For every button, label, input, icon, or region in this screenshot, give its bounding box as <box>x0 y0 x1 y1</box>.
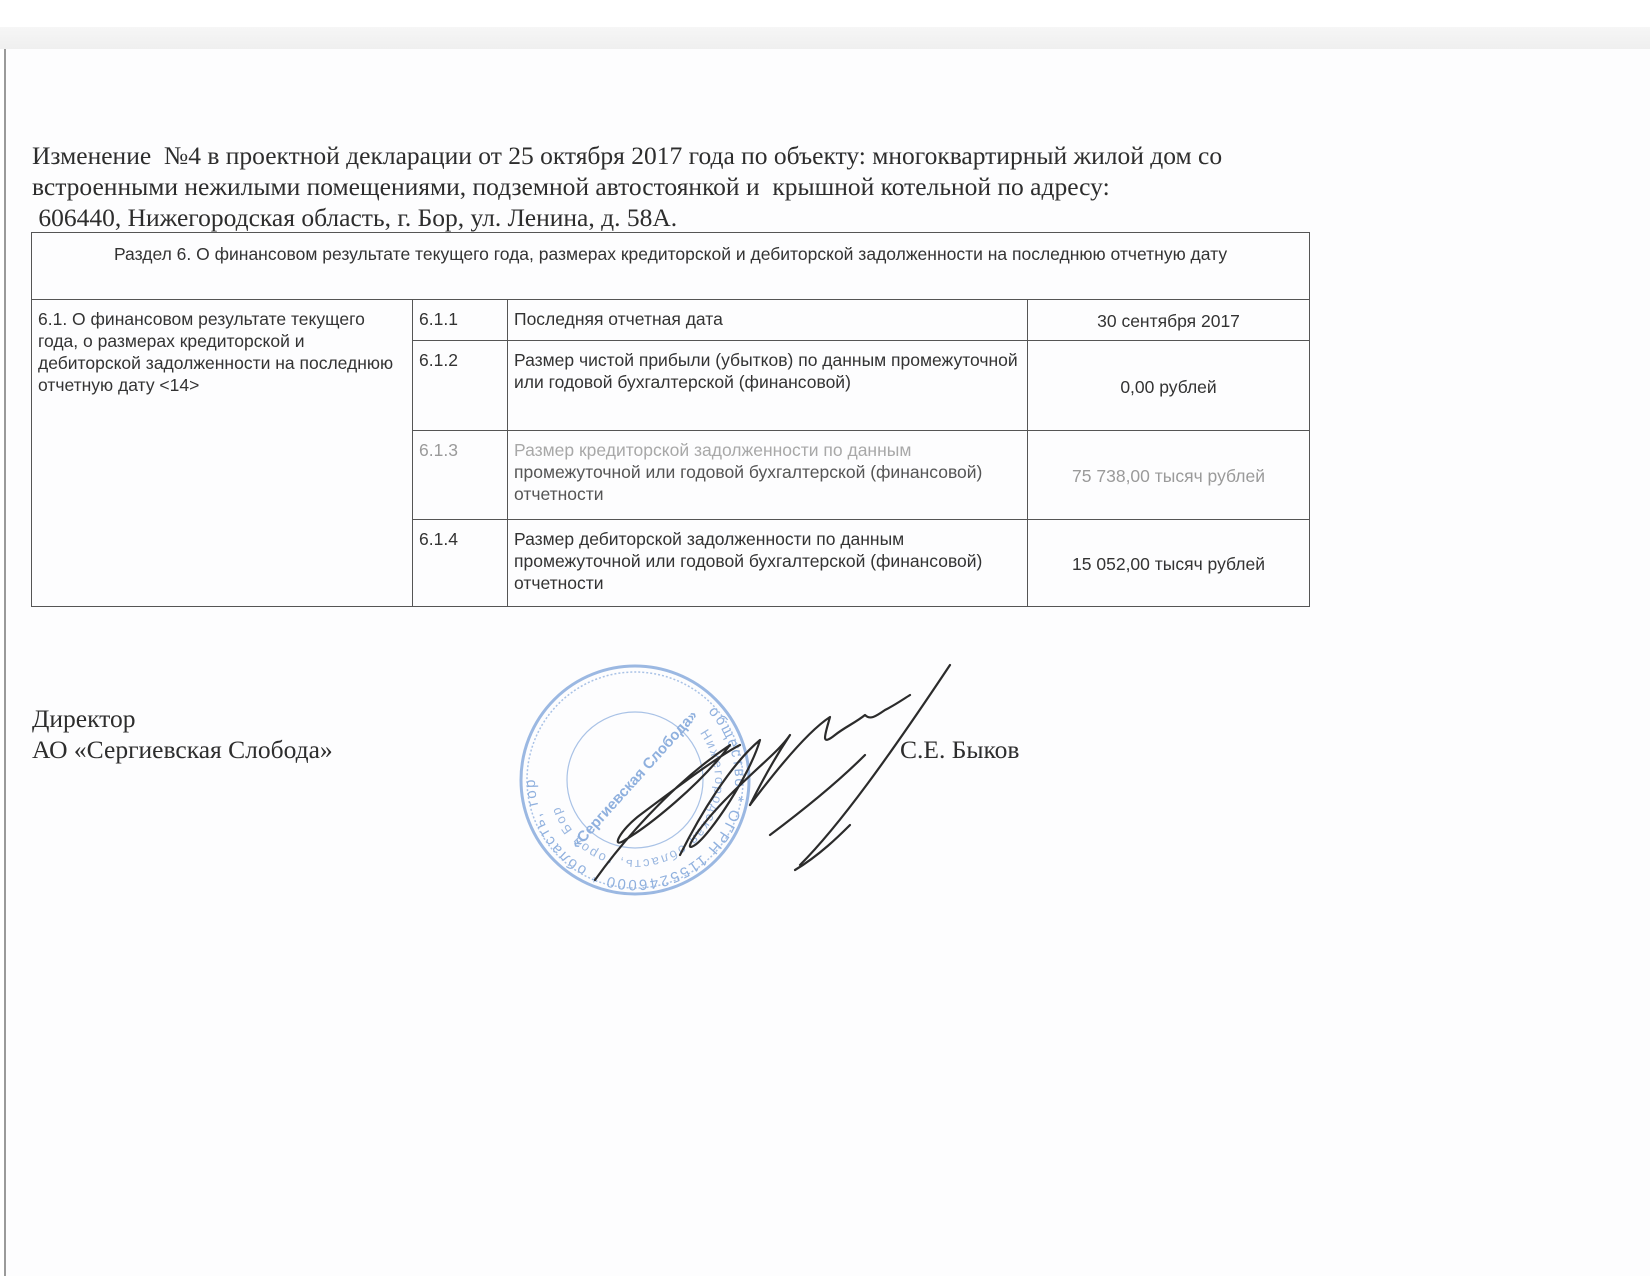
row-value: 0,00 рублей <box>1028 341 1310 431</box>
table-row: 6.1. О финансовом результате текущего го… <box>32 300 1310 341</box>
section-header-row: Раздел 6. О финансовом результате текуще… <box>32 233 1310 300</box>
row-description: Последняя отчетная дата <box>508 300 1028 341</box>
handwritten-signature-icon <box>580 655 970 885</box>
heading-line-2: встроенными нежилыми помещениями, подзем… <box>32 171 1372 202</box>
heading-line-1: Изменение №4 в проектной декларации от 2… <box>32 140 1372 171</box>
group-label: 6.1. О финансовом результате текущего го… <box>32 300 413 607</box>
signatory-organization: АО «Сергиевская Слобода» <box>32 734 333 765</box>
section-title: Раздел 6. О финансовом результате текуще… <box>32 233 1310 300</box>
financial-results-table: Раздел 6. О финансовом результате текуще… <box>31 232 1310 607</box>
row-description-line-1: Размер кредиторской задолженности по дан… <box>514 440 911 460</box>
row-code: 6.1.1 <box>413 300 508 341</box>
row-value: 75 738,00 тысяч рублей <box>1028 431 1310 520</box>
row-description: Размер чистой прибыли (убытков) по данны… <box>508 341 1028 431</box>
scan-edge-strip <box>0 27 1650 49</box>
signatory-position: Директор <box>32 703 333 734</box>
heading-line-3: 606440, Нижегородская область, г. Бор, у… <box>32 202 1372 233</box>
row-code: 6.1.3 <box>413 431 508 520</box>
row-code: 6.1.4 <box>413 520 508 607</box>
row-description-rest: промежуточной или годовой бухгалтерской … <box>514 462 982 504</box>
row-value: 15 052,00 тысяч рублей <box>1028 520 1310 607</box>
signatory-name: С.Е. Быков <box>900 734 1019 765</box>
row-value: 30 сентября 2017 <box>1028 300 1310 341</box>
row-description: Размер дебиторской задолженности по данн… <box>508 520 1028 607</box>
signatory-title: Директор АО «Сергиевская Слобода» <box>32 703 333 765</box>
row-code: 6.1.2 <box>413 341 508 431</box>
document-heading: Изменение №4 в проектной декларации от 2… <box>32 140 1372 233</box>
row-description: Размер кредиторской задолженности по дан… <box>508 431 1028 520</box>
